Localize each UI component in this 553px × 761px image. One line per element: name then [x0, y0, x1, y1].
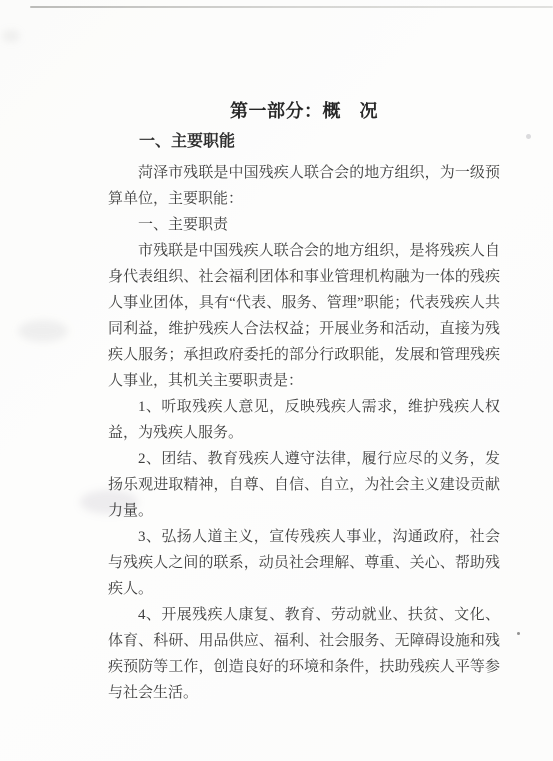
scan-artifact	[18, 320, 68, 342]
scan-artifact	[526, 134, 531, 139]
page-title: 第一部分：概 况	[108, 98, 500, 124]
scan-edge-line	[30, 6, 553, 8]
scanned-document-page: 第一部分：概 况 一、主要职能 菏泽市残联是中国残疾人联合会的地方组织，为一级预…	[0, 0, 553, 761]
section-heading-main-functions: 一、主要职能	[108, 128, 500, 156]
paragraph-list: 菏泽市残联是中国残疾人联合会的地方组织，为一级预算单位，主要职能：一、主要职责市…	[108, 160, 500, 706]
paragraph: 1、听取残疾人意见，反映残疾人需求，维护残疾人权益，为残疾人服务。	[108, 394, 500, 446]
paragraph: 3、弘扬人道主义，宣传残疾人事业，沟通政府，社会与残疾人之间的联系，动员社会理解…	[108, 524, 500, 602]
paragraph: 市残联是中国残疾人联合会的地方组织，是将残疾人自身代表组织、社会福利团体和事业管…	[108, 238, 500, 394]
scan-artifact	[2, 30, 20, 42]
scan-artifact	[517, 632, 520, 635]
document-body: 第一部分：概 况 一、主要职能 菏泽市残联是中国残疾人联合会的地方组织，为一级预…	[108, 98, 500, 706]
paragraph: 4、开展残疾人康复、教育、劳动就业、扶贫、文化、体育、科研、用品供应、福利、社会…	[108, 602, 500, 706]
paragraph: 一、主要职责	[108, 212, 500, 238]
paragraph: 2、团结、教育残疾人遵守法律，履行应尽的义务，发扬乐观进取精神，自尊、自信、自立…	[108, 446, 500, 524]
paragraph: 菏泽市残联是中国残疾人联合会的地方组织，为一级预算单位，主要职能：	[108, 160, 500, 212]
